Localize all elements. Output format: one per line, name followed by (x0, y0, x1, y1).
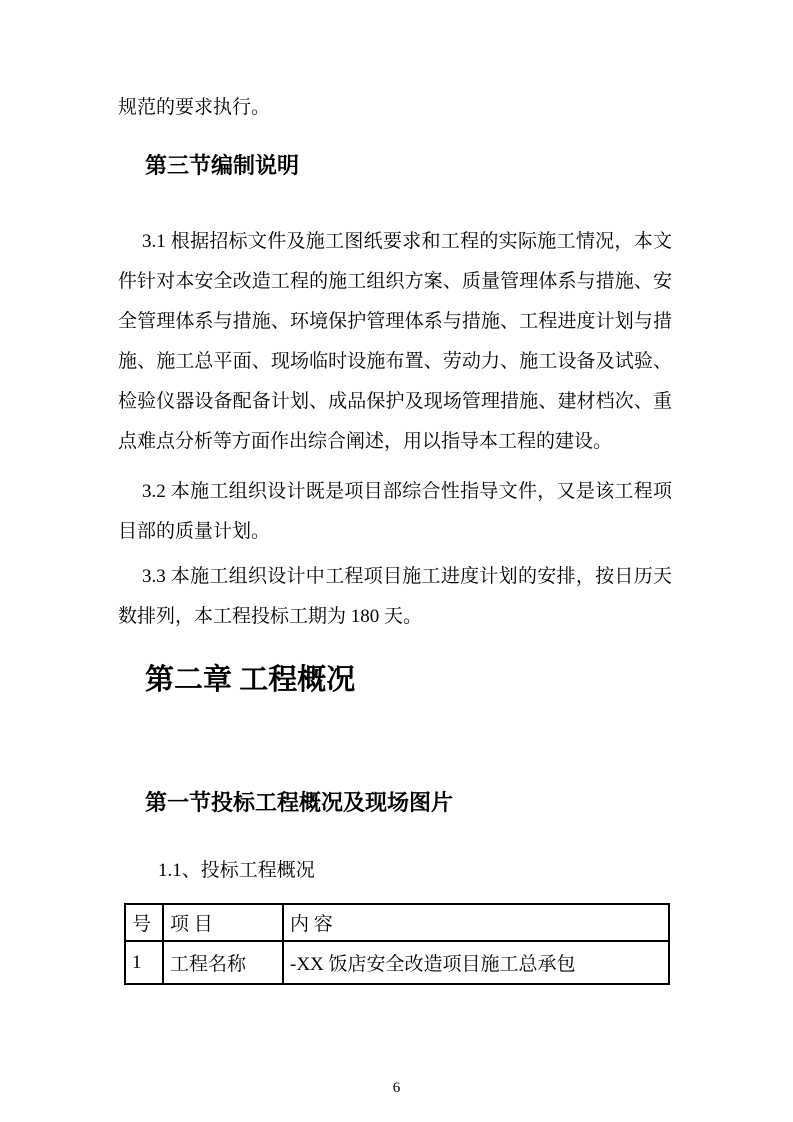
chapter2-heading: 第二章 工程概况 (145, 662, 355, 698)
table-header-row: 号 项 目 内 容 (125, 904, 669, 941)
table-header-content: 内 容 (283, 904, 669, 941)
table-header-number: 号 (125, 904, 163, 941)
table-cell-item: 工程名称 (163, 941, 283, 984)
table-cell-content: -XX 饭店安全改造项目施工总承包 (283, 941, 669, 984)
table-header-item: 项 目 (163, 904, 283, 941)
section1-heading: 第一节投标工程概况及现场图片 (145, 789, 453, 817)
paragraph-3-1: 3.1 根据招标文件及施工图纸要求和工程的实际施工情况，本文件针对本安全改造工程… (118, 222, 672, 462)
paragraph-3-2: 3.2 本施工组织设计既是项目部综合性指导文件，又是该工程项目部的质量计划。 (118, 472, 672, 552)
paragraph-3-3: 3.3 本施工组织设计中工程项目施工进度计划的安排，按日历天数排列，本工程投标工… (118, 557, 672, 637)
page-number: 6 (0, 1078, 793, 1098)
subsection-1-1-heading: 1.1、投标工程概况 (158, 858, 315, 884)
document-page: 规范的要求执行。 第三节编制说明 3.1 根据招标文件及施工图纸要求和工程的实际… (0, 0, 793, 1122)
table-cell-number: 1 (125, 941, 163, 984)
project-overview-table: 号 项 目 内 容 1 工程名称 -XX 饭店安全改造项目施工总承包 (124, 903, 670, 985)
table-row: 1 工程名称 -XX 饭店安全改造项目施工总承包 (125, 941, 669, 984)
paragraph-intro: 规范的要求执行。 (118, 88, 672, 128)
section3-heading: 第三节编制说明 (145, 152, 299, 180)
